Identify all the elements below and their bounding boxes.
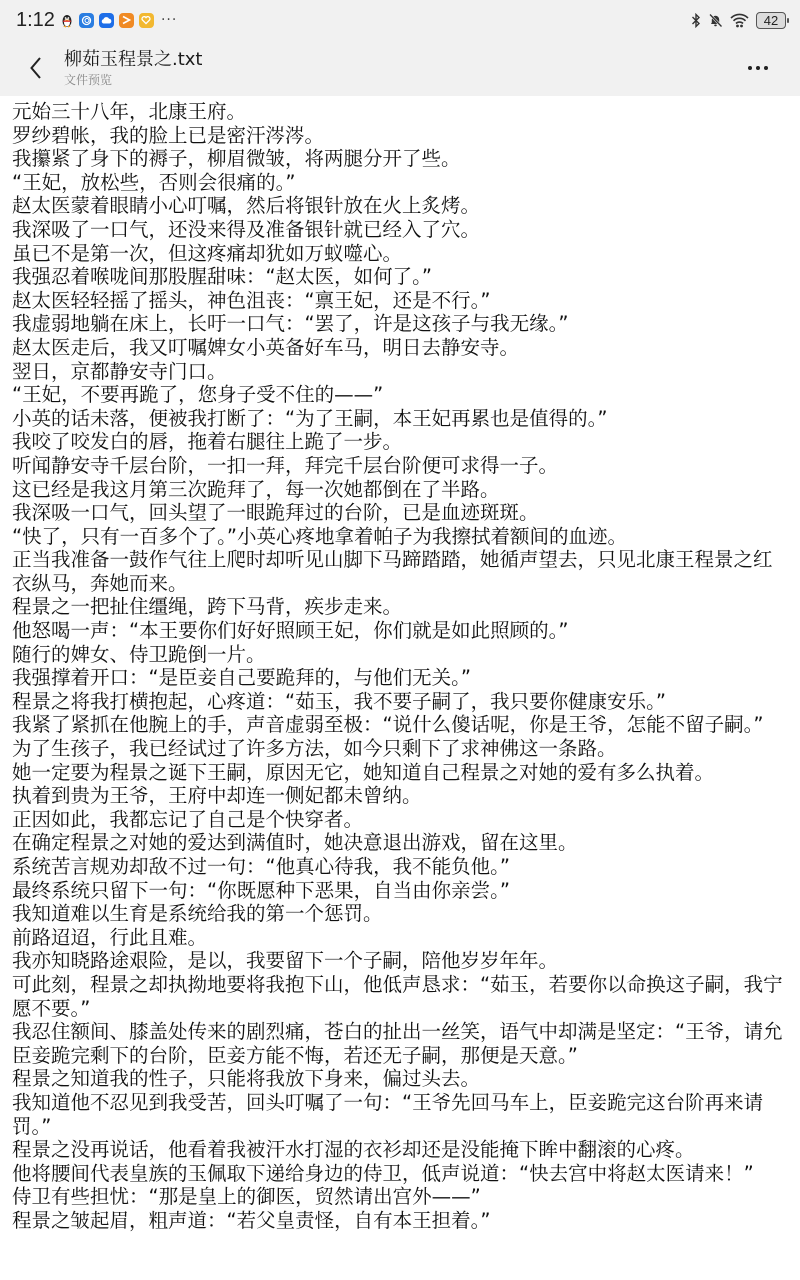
- document-line: “王妃，不要再跪了，您身子受不住的——”: [12, 383, 788, 407]
- more-options-button[interactable]: [738, 50, 778, 86]
- mute-bell-icon: [708, 13, 723, 28]
- document-line: 赵太医轻轻摇了摇头，神色沮丧：“禀王妃，还是不行。”: [12, 289, 788, 313]
- heart-app-icon: [139, 13, 154, 28]
- document-line: 元始三十八年，北康王府。: [12, 100, 788, 124]
- document-line: 听闻静安寺千层台阶，一扣一拜，拜完千层台阶便可求得一子。: [12, 454, 788, 478]
- document-line: 我知道难以生育是系统给我的第一个惩罚。: [12, 902, 788, 926]
- document-line: 我知道他不忍见到我受苦，回头叮嘱了一句：“王爷先回马车上，臣妾跪完这台阶再来请罚…: [12, 1091, 788, 1138]
- document-line: 程景之将我打横抱起，心疼道：“茹玉，我不要子嗣了，我只要你健康安乐。”: [12, 690, 788, 714]
- document-line: 我亦知晓路途艰险，是以，我要留下一个子嗣，陪他岁岁年年。: [12, 949, 788, 973]
- qq-penguin-icon: [61, 13, 73, 28]
- document-line: 翌日，京都静安寺门口。: [12, 360, 788, 384]
- file-subtitle: 文件预览: [64, 72, 203, 88]
- notification-overflow-icon: ···: [161, 12, 177, 28]
- document-line: 前路迢迢，行此且难。: [12, 926, 788, 950]
- document-line: 我深吸一口气，回头望了一眼跪拜过的台阶，已是血迹斑斑。: [12, 501, 788, 525]
- document-line: 正因如此，我都忘记了自己是个快穿者。: [12, 808, 788, 832]
- document-line: 我虚弱地躺在床上，长吁一口气：“罢了，许是这孩子与我无缘。”: [12, 312, 788, 336]
- chevron-left-icon: [29, 56, 43, 80]
- bluetooth-icon: [691, 13, 701, 28]
- video-icon: [119, 13, 134, 28]
- document-line: 程景之皱起眉，粗声道：“若父皇责怪，自有本王担着。”: [12, 1209, 788, 1233]
- document-line: 我强忍着喉咙间那股腥甜味：“赵太医，如何了。”: [12, 265, 788, 289]
- document-line: 最终系统只留下一句：“你既愿种下恶果，自当由你亲尝。”: [12, 879, 788, 903]
- document-line: 随行的婢女、侍卫跪倒一片。: [12, 643, 788, 667]
- document-line: 她一定要为程景之诞下王嗣，原因无它，她知道自己程景之对她的爱有多么执着。: [12, 761, 788, 785]
- document-line: 我紧了紧抓在他腕上的手，声音虚弱至极：“说什么傻话呢，你是王爷，怎能不留子嗣。”: [12, 713, 788, 737]
- document-line: 可此刻，程景之却执拗地要将我抱下山，他低声恳求：“茹玉，若要你以命换这子嗣，我宁…: [12, 973, 788, 1020]
- document-line: 执着到贵为王爷，王府中却连一侧妃都未曾纳。: [12, 784, 788, 808]
- document-line: 我深吸了一口气，还没来得及准备银针就已经入了穴。: [12, 218, 788, 242]
- document-line: 赵太医蒙着眼睛小心叮嘱，然后将银针放在火上炙烤。: [12, 194, 788, 218]
- wifi-icon: [730, 13, 749, 28]
- title-block: 柳茹玉程景之.txt 文件预览: [64, 49, 203, 88]
- back-button[interactable]: [18, 50, 54, 86]
- document-line: 虽已不是第一次，但这疼痛却犹如万蚁噬心。: [12, 242, 788, 266]
- document-line: 程景之没再说话，他看着我被汗水打湿的衣衫却还是没能掩下眸中翻滚的心疼。: [12, 1138, 788, 1162]
- document-line: “快了，只有一百多个了。”小英心疼地拿着帕子为我擦拭着额间的血迹。: [12, 525, 788, 549]
- file-title: 柳茹玉程景之.txt: [64, 49, 203, 71]
- cloud-icon: [99, 13, 114, 28]
- document-line: 他将腰间代表皇族的玉佩取下递给身边的侍卫，低声说道：“快去宫中将赵太医请来！”: [12, 1162, 788, 1186]
- app-bar: 柳茹玉程景之.txt 文件预览: [0, 40, 800, 96]
- document-line: 我攥紧了身下的褥子，柳眉微皱，将两腿分开了些。: [12, 147, 788, 171]
- document-line: 我强撑着开口：“是臣妾自己要跪拜的，与他们无关。”: [12, 666, 788, 690]
- document-line: 我忍住额间、膝盖处传来的剧烈痛，苍白的扯出一丝笑，语气中却满是坚定：“王爷，请允…: [12, 1020, 788, 1067]
- document-line: 赵太医走后，我又叮嘱婢女小英备好车马，明日去静安寺。: [12, 336, 788, 360]
- document-line: 他怒喝一声：“本王要你们好好照顾王妃，你们就是如此照顾的。”: [12, 619, 788, 643]
- document-line: 为了生孩子，我已经试过了许多方法，如今只剩下了求神佛这一条路。: [12, 737, 788, 761]
- status-bar: 1:12 ··· 42: [0, 0, 800, 40]
- text-preview[interactable]: 元始三十八年，北康王府。 罗纱碧帐，我的脸上已是密汗涔涔。 我攥紧了身下的褥子，…: [0, 96, 800, 1280]
- document-line: 小英的话未落，便被我打断了：“为了王嗣，本王妃再累也是值得的。”: [12, 407, 788, 431]
- document-line: 侍卫有些担忧：“那是皇上的御医，贸然请出宫外——”: [12, 1185, 788, 1209]
- more-dots-icon: [747, 65, 769, 71]
- document-line: “王妃，放松些，否则会很痛的。”: [12, 171, 788, 195]
- document-line: 我咬了咬发白的唇，拖着右腿往上跪了一步。: [12, 430, 788, 454]
- document-line: 正当我准备一鼓作气往上爬时却听见山脚下马蹄踏踏，她循声望去，只见北康王程景之红衣…: [12, 548, 788, 595]
- clock: 1:12: [16, 9, 55, 32]
- document-line: 程景之一把扯住缰绳，跨下马背，疾步走来。: [12, 595, 788, 619]
- document-line: 罗纱碧帐，我的脸上已是密汗涔涔。: [12, 124, 788, 148]
- document-line: 在确定程景之对她的爱达到满值时，她决意退出游戏，留在这里。: [12, 831, 788, 855]
- battery-indicator: 42: [756, 12, 786, 29]
- document-line: 系统苦言规劝却敌不过一句：“他真心待我，我不能负他。”: [12, 855, 788, 879]
- document-line: 这已经是我这月第三次跪拜了，每一次她都倒在了半路。: [12, 478, 788, 502]
- document-line: 程景之知道我的性子，只能将我放下身来，偏过头去。: [12, 1067, 788, 1091]
- browser-icon: [79, 13, 94, 28]
